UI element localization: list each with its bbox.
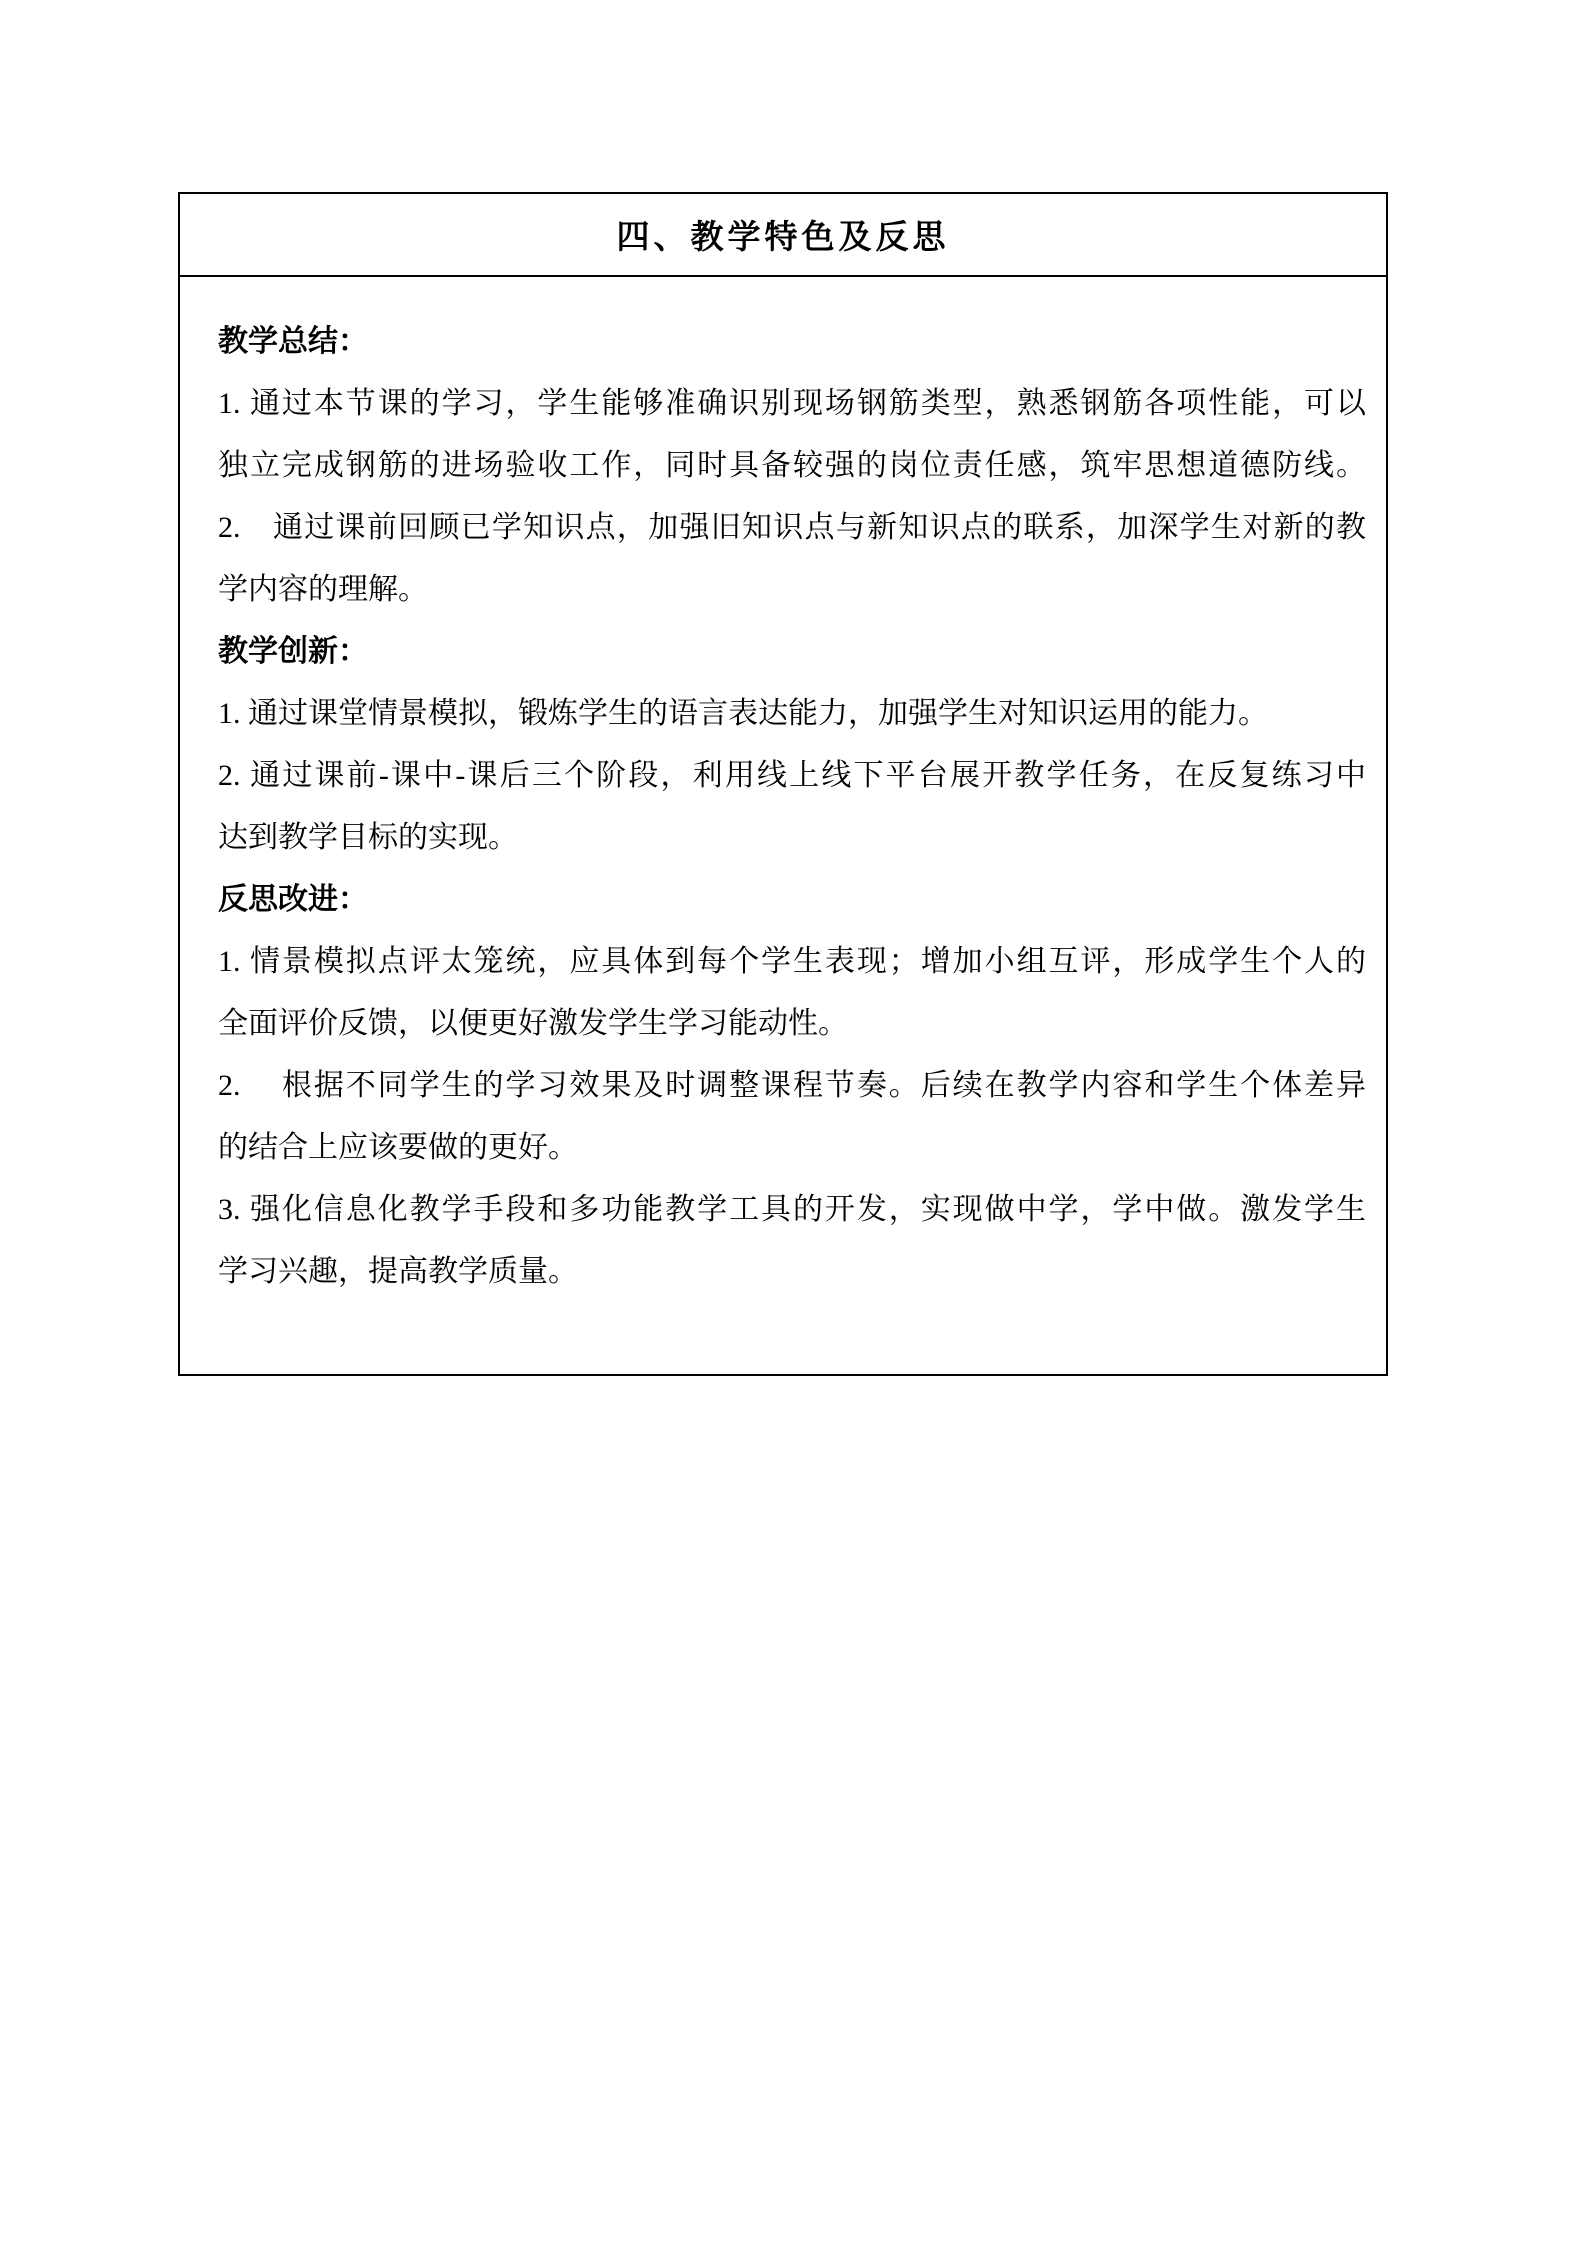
table-title: 四、教学特色及反思 [617,211,950,258]
paragraph-line: 学习兴趣，提高教学质量。 [218,1241,1366,1303]
paragraph-line: 1. 通过本节课的学习，学生能够准确识别现场钢筋类型，熟悉钢筋各项性能，可以 [218,373,1366,435]
paragraph-line: 独立完成钢筋的进场验收工作，同时具备较强的岗位责任感，筑牢思想道德防线。 [218,435,1366,497]
section-heading-teaching-innovation: 教学创新： [218,621,1366,683]
section-heading-teaching-summary: 教学总结： [218,311,1366,373]
document-page: 四、教学特色及反思 教学总结： 1. 通过本节课的学习，学生能够准确识别现场钢筋… [0,0,1587,2245]
reflection-table: 四、教学特色及反思 教学总结： 1. 通过本节课的学习，学生能够准确识别现场钢筋… [178,192,1388,1376]
paragraph-line: 2. 根据不同学生的学习效果及时调整课程节奏。后续在教学内容和学生个体差异 [218,1055,1366,1117]
paragraph-line: 2. 通过课前回顾已学知识点，加强旧知识点与新知识点的联系，加深学生对新的教 [218,497,1366,559]
paragraph-line: 全面评价反馈，以便更好激发学生学习能动性。 [218,993,1366,1055]
paragraph-line: 学内容的理解。 [218,559,1366,621]
table-body-cell: 教学总结： 1. 通过本节课的学习，学生能够准确识别现场钢筋类型，熟悉钢筋各项性… [180,277,1386,1374]
section-heading-reflection-improvement: 反思改进： [218,869,1366,931]
paragraph-line: 1. 情景模拟点评太笼统，应具体到每个学生表现；增加小组互评，形成学生个人的 [218,931,1366,993]
paragraph-line: 的结合上应该要做的更好。 [218,1117,1366,1179]
paragraph-line: 1. 通过课堂情景模拟，锻炼学生的语言表达能力，加强学生对知识运用的能力。 [218,683,1366,745]
paragraph-line: 2. 通过课前-课中-课后三个阶段，利用线上线下平台展开教学任务，在反复练习中 [218,745,1366,807]
paragraph-line: 3. 强化信息化教学手段和多功能教学工具的开发，实现做中学，学中做。激发学生 [218,1179,1366,1241]
paragraph-line: 达到教学目标的实现。 [218,807,1366,869]
table-header-row: 四、教学特色及反思 [180,194,1386,277]
